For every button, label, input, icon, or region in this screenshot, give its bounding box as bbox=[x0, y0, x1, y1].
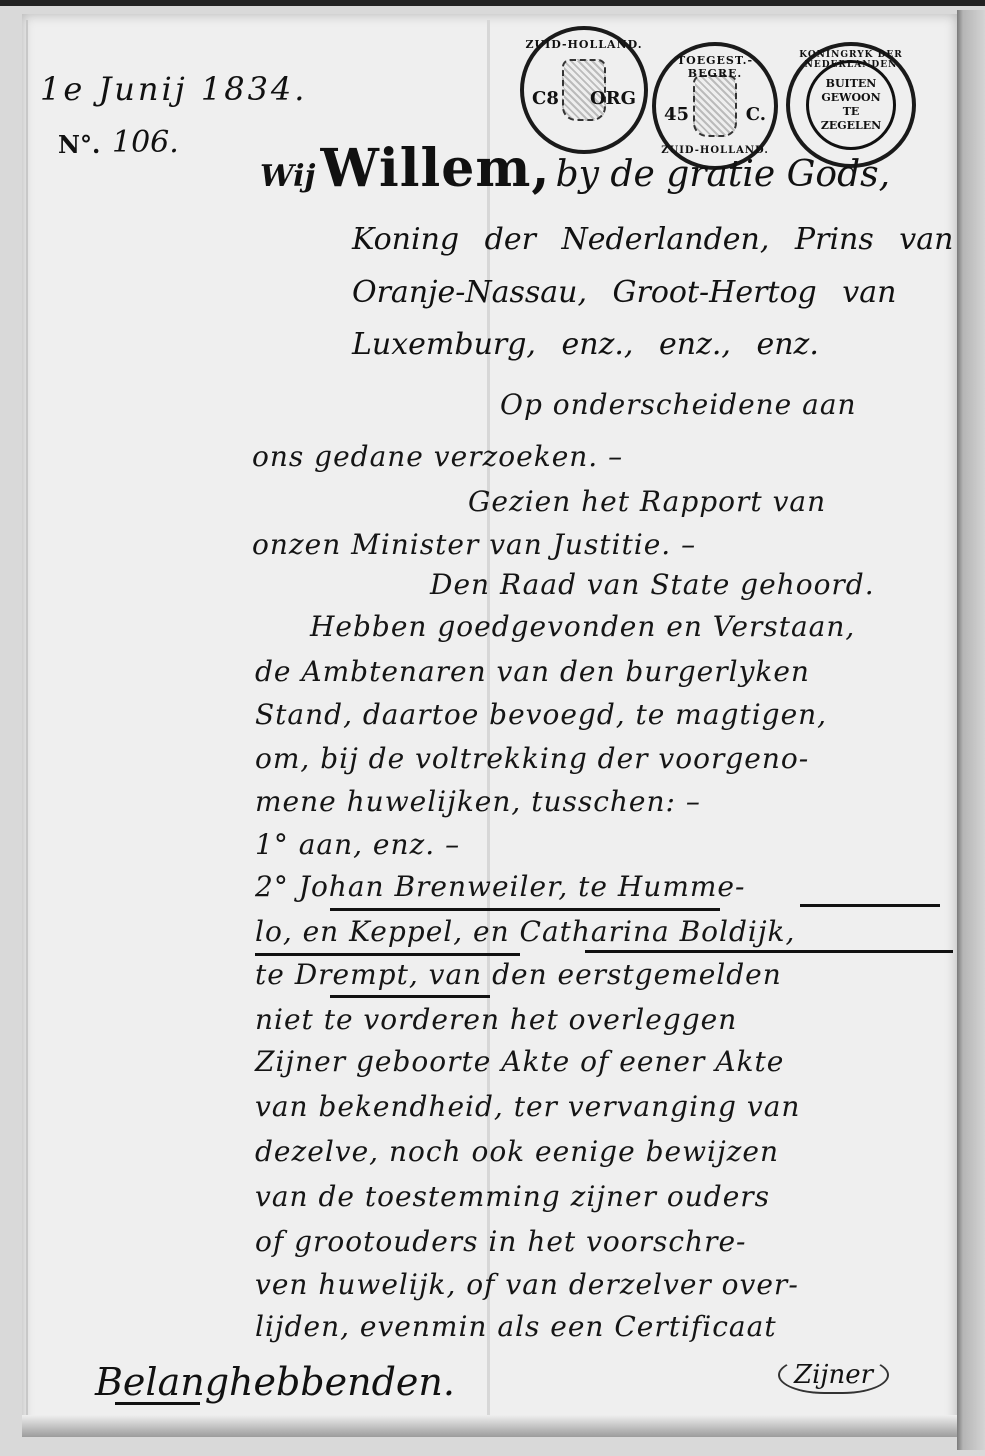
place-underline bbox=[255, 953, 520, 956]
body-line: 2° Johan Brenweiler, te Humme- bbox=[255, 870, 745, 903]
stamp-line: TE bbox=[843, 105, 860, 119]
body-line: om, bij de voltrekking der voorgeno- bbox=[255, 742, 809, 775]
page-bottom-shadow bbox=[22, 1415, 957, 1437]
document-number-label: N°. bbox=[58, 130, 100, 159]
addressee-underline bbox=[115, 1402, 200, 1405]
body-line: 1° aan, enz. – bbox=[255, 828, 460, 861]
document-number: 106. bbox=[112, 125, 179, 160]
stamp-value-suffix: ORG bbox=[590, 88, 636, 109]
body-line: van de toestemming zijner ouders bbox=[255, 1180, 770, 1213]
body-line: Gezien het Rapport van bbox=[468, 485, 826, 518]
catchword: Zijner bbox=[778, 1356, 889, 1394]
stamp-line: ZEGELEN bbox=[821, 119, 881, 133]
body-line: mene huwelijken, tusschen: – bbox=[255, 785, 701, 818]
body-line: Hebben goedgevonden en Verstaan, bbox=[310, 610, 855, 643]
body-line: dezelve, noch ook eenige bewijzen bbox=[255, 1135, 779, 1168]
crown-crest-icon bbox=[693, 75, 737, 137]
stamp-ring-text: ZUID-HOLLAND. bbox=[524, 38, 644, 51]
stamp-ring-text: KONINGRYK DER NEDERLANDEN bbox=[790, 50, 912, 70]
body-line: de Ambtenaren van den burgerlyken bbox=[255, 655, 810, 688]
body-line: van bekendheid, ter vervanging van bbox=[255, 1090, 800, 1123]
stamp-line: BUITEN bbox=[826, 77, 877, 91]
title-line-2: Oranje-Nassau, Groot-Hertog van bbox=[352, 275, 896, 310]
title-line-1: Koning der Nederlanden, Prins van bbox=[352, 222, 953, 257]
stamp-value-suffix: C. bbox=[746, 104, 766, 125]
body-line: te Drempt, van den eerstgemelden bbox=[255, 958, 782, 991]
document-date: 1e Junij 1834. bbox=[40, 70, 307, 108]
body-line: niet te vorderen het overleggen bbox=[255, 1003, 737, 1036]
page-edge-shadow bbox=[957, 10, 985, 1450]
body-line: of grootouders in het voorschre- bbox=[255, 1225, 747, 1258]
place-underline bbox=[800, 904, 940, 907]
place-underline bbox=[330, 995, 490, 998]
addressee-label: Belanghebbenden. bbox=[95, 1360, 455, 1404]
name-underline bbox=[330, 908, 720, 911]
stamp-value: 45 bbox=[664, 104, 689, 125]
scan-top-edge bbox=[0, 0, 985, 6]
heading-grace-of-god: by de gratie Gods, bbox=[556, 154, 890, 195]
tax-stamp-zuid-holland: ZUID-HOLLAND. C8 ORG bbox=[520, 26, 648, 154]
body-line: onzen Minister van Justitie. – bbox=[252, 528, 696, 561]
body-line: ven huwelijk, of van derzelver over- bbox=[255, 1268, 799, 1301]
body-line: lo, en Keppel, en Catharina Boldijk, bbox=[255, 915, 795, 948]
stamp-value: C8 bbox=[532, 88, 559, 109]
heading-wij: Wij bbox=[260, 159, 315, 194]
body-line: Zijner geboorte Akte of eener Akte bbox=[255, 1045, 784, 1078]
body-line: lijden, evenmin als een Certificaat bbox=[255, 1310, 777, 1343]
stamp-inner-circle: BUITEN GEWOON TE ZEGELEN bbox=[806, 60, 896, 150]
name-underline bbox=[585, 950, 953, 953]
body-line: Stand, daartoe bevoegd, te magtigen, bbox=[255, 698, 827, 731]
fold-line-left bbox=[26, 20, 28, 1420]
title-line-3: Luxemburg, enz., enz., enz. bbox=[352, 327, 819, 362]
royal-heading: Wij Willem, by de gratie Gods, bbox=[260, 138, 890, 199]
heading-king-name: Willem, bbox=[321, 138, 551, 199]
stamp-line: GEWOON bbox=[821, 91, 880, 105]
stamp-ring-text: TOEGEST.-BEGRE. bbox=[656, 54, 774, 80]
body-line: ons gedane verzoeken. – bbox=[252, 440, 623, 473]
body-line: Den Raad van State gehoord. bbox=[430, 568, 875, 601]
body-line: Op onderscheidene aan bbox=[500, 388, 857, 421]
